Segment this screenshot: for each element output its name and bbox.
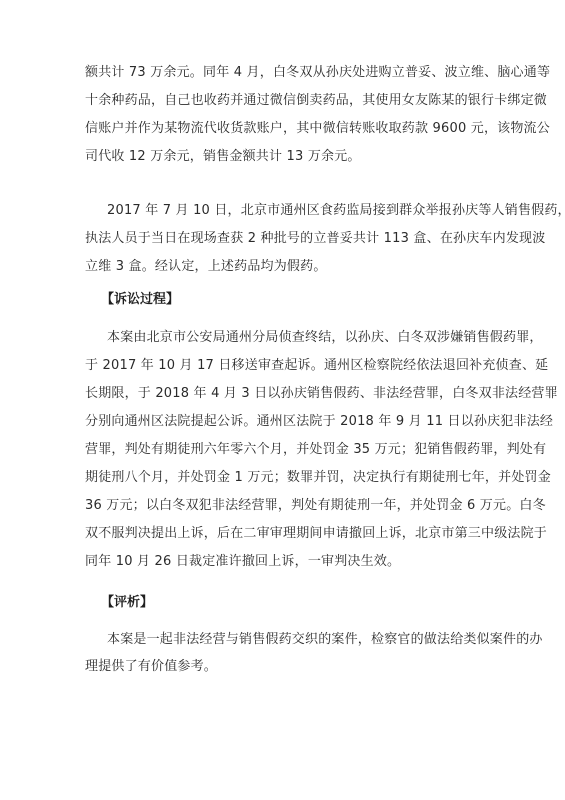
- section-heading-litigation: 【诉讼过程】: [101, 292, 179, 308]
- section-heading-analysis: 【评析】: [101, 595, 153, 611]
- document-page: 额共计 73 万余元。同年 4 月，白冬双从孙庆处进购立普妥、波立维、脑心通等 …: [0, 0, 565, 800]
- text-line: 分别向通州区法院提起公诉。通州区法院于 2018 年 9 月 11 日以孙庆犯非…: [85, 414, 485, 430]
- text-line: 本案由北京市公安局通州分局侦查终结，以孙庆、白冬双涉嫌销售假药罪，: [107, 330, 507, 346]
- text-line: 本案是一起非法经营与销售假药交织的案件，检察官的做法给类似案件的办: [107, 632, 507, 648]
- text-line: 同年 10 月 26 日裁定准许撤回上诉，一审判决生效。: [85, 554, 485, 570]
- text-line: 期徒刑八个月，并处罚金 1 万元；数罪并罚，决定执行有期徒刑七年，并处罚金: [85, 470, 485, 486]
- text-line: 额共计 73 万余元。同年 4 月，白冬双从孙庆处进购立普妥、波立维、脑心通等: [85, 65, 485, 81]
- text-line: 2017 年 7 月 10 日，北京市通州区食药监局接到群众举报孙庆等人销售假药…: [107, 203, 507, 219]
- text-line: 司代收 12 万余元，销售金额共计 13 万余元。: [85, 149, 485, 165]
- text-line: 于 2017 年 10 月 17 日移送审查起诉。通州区检察院经依法退回补充侦查…: [85, 358, 485, 374]
- text-line: 营罪，判处有期徒刑六年零六个月，并处罚金 35 万元；犯销售假药罪，判处有: [85, 442, 485, 458]
- text-line: 36 万元；以白冬双犯非法经营罪，判处有期徒刑一年，并处罚金 6 万元。白冬: [85, 498, 485, 514]
- text-line: 信账户并作为某物流代收货款账户，其中微信转账收取药款 9600 元，该物流公: [85, 121, 485, 137]
- text-line: 执法人员于当日在现场查获 2 种批号的立普妥共计 113 盒、在孙庆车内发现波: [85, 231, 485, 247]
- text-line: 理提供了有价值参考。: [85, 659, 485, 675]
- text-line: 十余种药品，自己也收药并通过微信倒卖药品，其使用女友陈某的银行卡绑定微: [85, 93, 485, 109]
- text-line: 立维 3 盒。经认定，上述药品均为假药。: [85, 259, 485, 275]
- text-line: 长期限，于 2018 年 4 月 3 日以孙庆销售假药、非法经营罪，白冬双非法经…: [85, 386, 485, 402]
- text-line: 双不服判决提出上诉，后在二审审理期间申请撤回上诉，北京市第三中级法院于: [85, 526, 485, 542]
